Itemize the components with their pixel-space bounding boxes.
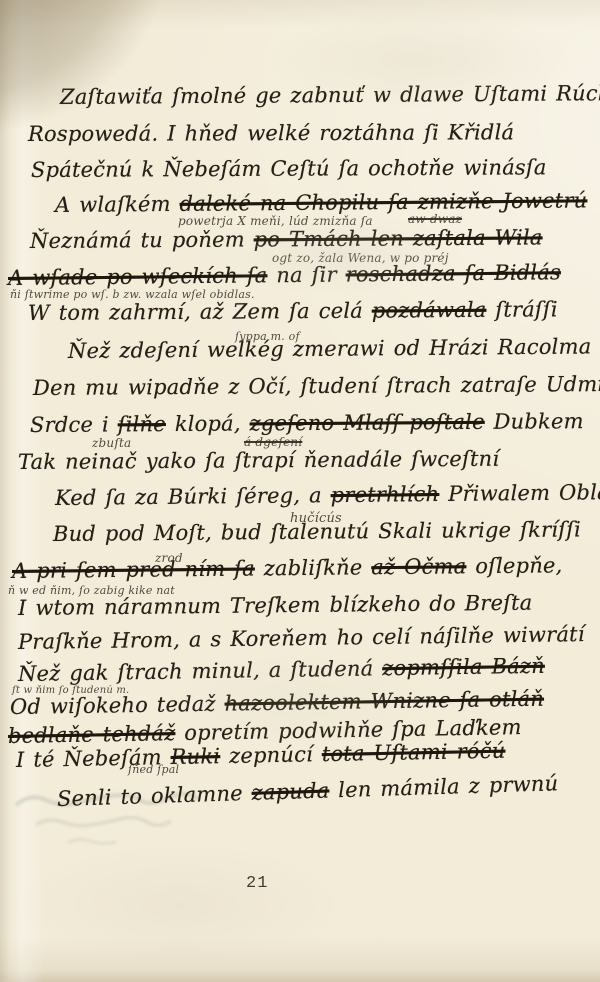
handwritten-text: Praſkňe Hrom, a s Koreňem ho celí náſilň… bbox=[18, 622, 585, 654]
manuscript-line: Spátečnú k Ňebeſám Ceſtú ſa ochotňe winá… bbox=[31, 155, 547, 182]
handwritten-text: W tom zahrmí, až Zem ſa celá bbox=[28, 299, 372, 325]
interlinear-note: ogt zo, žala Wena, w po préj bbox=[272, 251, 449, 265]
handwritten-text: Den mu wipadňe z Očí, ſtudení ſtrach zat… bbox=[33, 372, 600, 400]
manuscript-line: Srdce i ſilňe klopá, zgeſeno Mlaſſ poſta… bbox=[30, 409, 584, 437]
struck-text: až Očma bbox=[371, 554, 466, 579]
struck-text: po Tmách len zaſtala Wila bbox=[254, 225, 543, 251]
interlinear-note: ſňed ſpal bbox=[128, 763, 179, 776]
manuscript-line: Ňež zdeſení welkég zmerawi od Hrázi Raco… bbox=[68, 334, 592, 363]
handwritten-text: Přiwalem Obla bbox=[439, 480, 600, 506]
interlinear-note: á dgeſení bbox=[244, 435, 302, 449]
interlinear-note: hučícús bbox=[290, 511, 342, 526]
handwritten-text: klopá, bbox=[166, 411, 250, 436]
manuscript-line: Zaſtawiťa ſmolné ge zabnuť w dlawe Uſtam… bbox=[60, 81, 600, 109]
handwritten-text: Ked ſa za Búrki ſéreg, a bbox=[55, 483, 331, 510]
handwritten-text: len mámila z prwnú bbox=[329, 771, 559, 802]
handwritten-text: ſtráſſi bbox=[486, 297, 557, 321]
handwritten-text: Spátečnú k Ňebeſám Ceſtú ſa ochotňe winá… bbox=[31, 155, 547, 182]
handwritten-text: Ňeznámá tu poňem bbox=[30, 227, 254, 253]
interlinear-note: ňi ſtwrime po wſ. b zw. wzala wſel obidl… bbox=[10, 288, 255, 301]
manuscript-line: Ňež gak ſtrach minul, a ſtudená zopmſſil… bbox=[18, 654, 545, 686]
interlinear-note: zrod bbox=[155, 551, 183, 565]
struck-text: A pri ſem pred ním ſa bbox=[12, 556, 255, 583]
manuscript-line: Ňeznámá tu poňem po Tmách len zaſtala Wi… bbox=[30, 225, 543, 253]
struck-text: ſilňe bbox=[118, 412, 166, 436]
struck-text: zapuda bbox=[251, 778, 329, 804]
handwritten-text: zabliſkňe bbox=[255, 555, 372, 580]
struck-text: hazoolektem Wnizne ſa otláň bbox=[224, 687, 544, 716]
struck-text: pretrhlích bbox=[331, 482, 440, 507]
struck-text: daleké na Chopilu ſa zmizňe Jowetrú bbox=[179, 188, 587, 216]
manuscript-line: Tak neinač yako ſa ſtrapí ňenadále ſwceſ… bbox=[18, 447, 499, 474]
manuscript-page: 21 Zaſtawiťa ſmolné ge zabnuť w dlawe Uſ… bbox=[0, 0, 600, 982]
interlinear-note: ſyppa m. of bbox=[235, 330, 300, 343]
interlinear-note: ſt w ňim ſo ſtudenú m. bbox=[12, 685, 129, 696]
handwritten-text: zepnúcí bbox=[220, 742, 322, 768]
manuscript-line: Den mu wipadňe z Očí, ſtudení ſtrach zat… bbox=[33, 372, 600, 400]
manuscript-line: W tom zahrmí, až Zem ſa celá pozdáwala ſ… bbox=[28, 297, 558, 325]
manuscript-line: A pri ſem pred ním ſa zabliſkňe až Očma … bbox=[12, 553, 563, 583]
manuscript-line: Rospowedá. I hňed welké roztáhna ſi Křid… bbox=[28, 120, 514, 146]
struck-text: zopmſſila Bázň bbox=[382, 654, 545, 681]
handwritten-text: A wlaſkém bbox=[55, 192, 180, 217]
struck-text: zgeſeno Mlaſſ poſtale bbox=[250, 410, 485, 436]
struck-text: bedlaňe tehdáž bbox=[8, 721, 176, 748]
handwritten-text: Tak neinač yako ſa ſtrapí ňenadále ſwceſ… bbox=[18, 447, 499, 474]
interlinear-note: ň w ed ňim, ſo zabig kike nat bbox=[8, 584, 175, 597]
manuscript-line: Senli to oklamne zapuda len mámila z prw… bbox=[57, 771, 559, 811]
manuscript-line: A wlaſkém daleké na Chopilu ſa zmizňe Jo… bbox=[55, 188, 588, 217]
handwritten-text: Ňež zdeſení welkég zmerawi od Hrázi Raco… bbox=[68, 334, 592, 363]
handwritten-text: oſlepňe, bbox=[466, 553, 562, 578]
manuscript-line: Ked ſa za Búrki ſéreg, a pretrhlích Přiw… bbox=[55, 480, 600, 510]
handwritten-text: Srdce i bbox=[30, 412, 118, 437]
handwritten-text: Ňež gak ſtrach minul, a ſtudená bbox=[18, 656, 383, 686]
struck-text: A wſade po wſeckích ſa bbox=[8, 263, 268, 290]
handwritten-text: Rospowedá. I hňed welké roztáhna ſi Křid… bbox=[28, 120, 514, 146]
handwritten-text: Senli to oklamne bbox=[57, 781, 252, 811]
handwritten-text: Zaſtawiťa ſmolné ge zabnuť w dlawe Uſtam… bbox=[60, 81, 600, 109]
struck-text: tota Uſtami róčú bbox=[322, 739, 506, 767]
interlinear-note: powetrja X meňi, lúd zmizňa ſa bbox=[178, 214, 373, 228]
manuscript-line: Praſkňe Hrom, a s Koreňem ho celí náſilň… bbox=[18, 622, 585, 654]
handwritten-text: na ſir bbox=[267, 262, 345, 287]
handwritten-text: Dubkem bbox=[485, 409, 584, 434]
interlinear-note: aw dwaz bbox=[408, 212, 462, 226]
page-number: 21 bbox=[246, 874, 268, 893]
interlinear-note: zbuſta bbox=[92, 436, 131, 450]
struck-text: pozdáwala bbox=[372, 298, 487, 323]
